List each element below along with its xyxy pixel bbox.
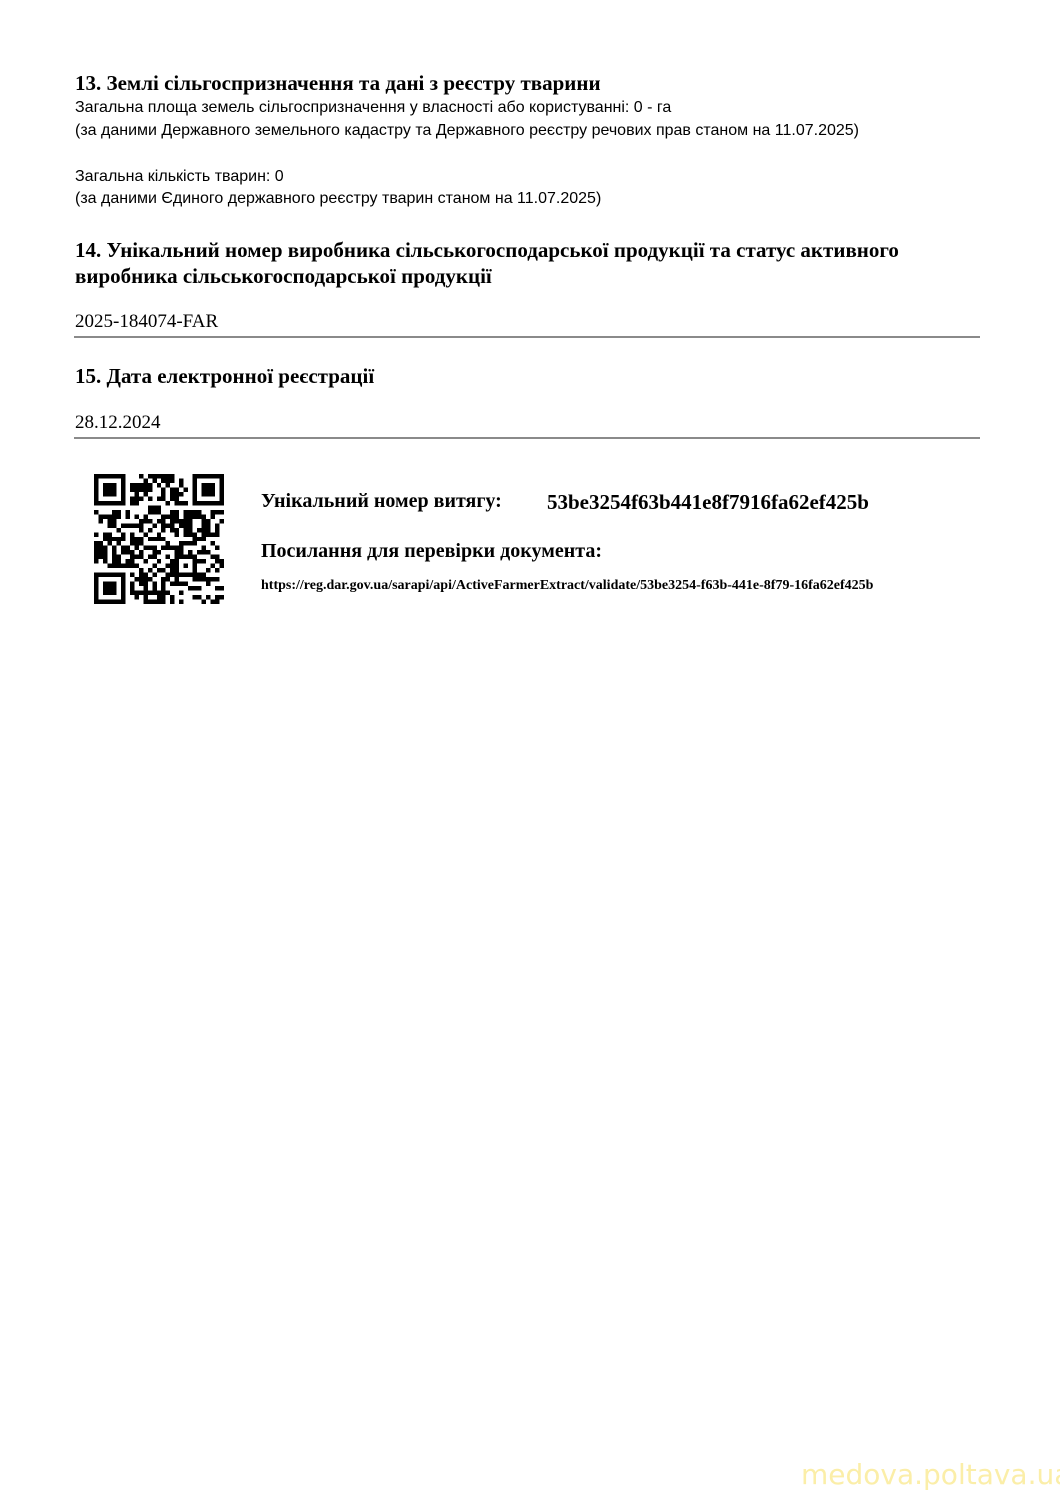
extract-number-label: Унікальний номер витягу:: [261, 490, 502, 513]
verification-link[interactable]: https://reg.dar.gov.ua/sarapi/api/Active…: [261, 578, 873, 594]
watermark: medova.poltava.ua: [801, 1458, 1060, 1491]
section-14-title-line2: виробника сільськогосподарської продукці…: [75, 263, 492, 289]
section-14-title-line1: 14. Унікальний номер виробника сільськог…: [75, 237, 899, 263]
section-13-title: 13. Землі сільгоспризначення та дані з р…: [75, 70, 601, 96]
divider: [74, 336, 980, 338]
animals-source-text: (за даними Єдиного державного реєстру тв…: [75, 188, 601, 210]
registration-date-value: 28.12.2024: [75, 411, 161, 435]
land-area-text: Загальна площа земель сільгоспризначення…: [75, 97, 671, 119]
land-source-text: (за даними Державного земельного кадастр…: [75, 120, 859, 142]
qr-code-icon: [94, 474, 224, 604]
verification-link-label: Посилання для перевірки документа:: [261, 540, 602, 563]
producer-number-value: 2025-184074-FAR: [75, 310, 218, 334]
extract-number-value: 53be3254f63b441e8f7916fa62ef425b: [547, 490, 869, 515]
animals-count-text: Загальна кількість тварин: 0: [75, 166, 284, 188]
divider: [74, 437, 980, 439]
section-15-title: 15. Дата електронної реєстрації: [75, 363, 374, 389]
